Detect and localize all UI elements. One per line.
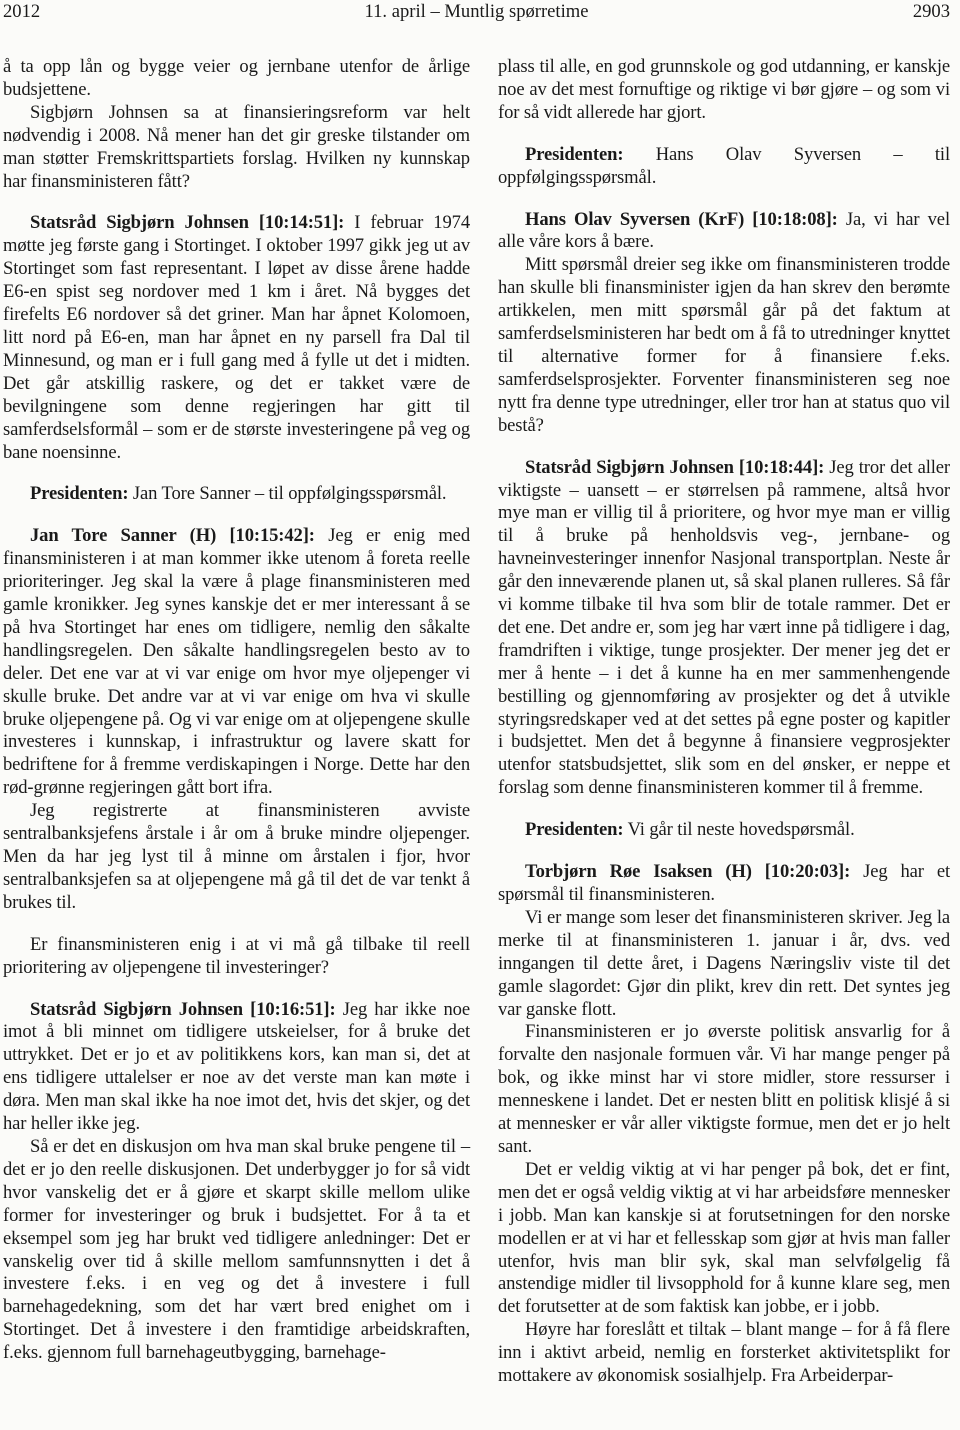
speaker-label: Torbjørn Røe Isaksen (H) [10:20:03]:	[525, 861, 850, 882]
speech-paragraph: Presidenten: Hans Olav Syversen – til op…	[498, 144, 950, 190]
text-columns: å ta opp lån og bygge veier og jernbane …	[3, 56, 950, 1388]
speech-paragraph: Torbjørn Røe Isaksen (H) [10:20:03]: Jeg…	[498, 861, 950, 907]
paragraph: å ta opp lån og bygge veier og jernbane …	[3, 56, 470, 102]
header-year: 2012	[3, 1, 133, 23]
header-title: 11. april – Muntlig spørretime	[133, 1, 820, 23]
speaker-label: Statsråd Sigbjørn Johnsen [10:16:51]:	[30, 999, 336, 1020]
speaker-label: Hans Olav Syversen (KrF) [10:18:08]:	[525, 209, 838, 230]
document-page: 2012 11. april – Muntlig spørretime 2903…	[0, 0, 960, 1430]
speech-paragraph: Statsråd Sigbjørn Johnsen [10:14:51]: I …	[3, 212, 470, 464]
paragraph: Finansministeren er jo øverste politisk …	[498, 1021, 950, 1158]
speaker-label: Statsråd Sigbjørn Johnsen [10:18:44]:	[525, 457, 824, 478]
paragraph: Vi er mange som leser det finansminister…	[498, 907, 950, 1022]
speech-paragraph: Statsråd Sigbjørn Johnsen [10:16:51]: Je…	[3, 999, 470, 1136]
paragraph: Det er veldig viktig at vi har penger på…	[498, 1159, 950, 1319]
header-page-number: 2903	[820, 1, 950, 23]
left-column: å ta opp lån og bygge veier og jernbane …	[3, 56, 470, 1388]
speaker-label: Presidenten:	[30, 483, 128, 504]
paragraph: Er finansministeren enig i at vi må gå t…	[3, 934, 470, 980]
speech-paragraph: Statsråd Sigbjørn Johnsen [10:18:44]: Je…	[498, 457, 950, 801]
paragraph: Mitt spørsmål dreier seg ikke om finansm…	[498, 254, 950, 437]
speech-paragraph: Jan Tore Sanner (H) [10:15:42]: Jeg er e…	[3, 525, 470, 800]
speaker-label: Jan Tore Sanner (H) [10:15:42]:	[30, 525, 315, 546]
speaker-label: Statsråd Sigbjørn Johnsen [10:14:51]:	[30, 212, 344, 233]
speech-paragraph: Presidenten: Jan Tore Sanner – til oppfø…	[3, 483, 470, 506]
speech-paragraph: Hans Olav Syversen (KrF) [10:18:08]: Ja,…	[498, 209, 950, 255]
paragraph: plass til alle, en god grunnskole og god…	[498, 56, 950, 125]
paragraph: Sigbjørn Johnsen sa at finansieringsrefo…	[3, 102, 470, 194]
paragraph: Så er det en diskusjon om hva man skal b…	[3, 1136, 470, 1365]
speaker-label: Presidenten:	[525, 819, 623, 840]
right-column: plass til alle, en god grunnskole og god…	[498, 56, 950, 1388]
paragraph: Jeg registrerte at finansministeren avvi…	[3, 800, 470, 915]
page-header: 2012 11. april – Muntlig spørretime 2903	[3, 1, 950, 23]
paragraph: Høyre har foreslått et tiltak – blant ma…	[498, 1319, 950, 1388]
speech-paragraph: Presidenten: Vi går til neste hovedspørs…	[498, 819, 950, 842]
speaker-label: Presidenten:	[525, 144, 623, 165]
